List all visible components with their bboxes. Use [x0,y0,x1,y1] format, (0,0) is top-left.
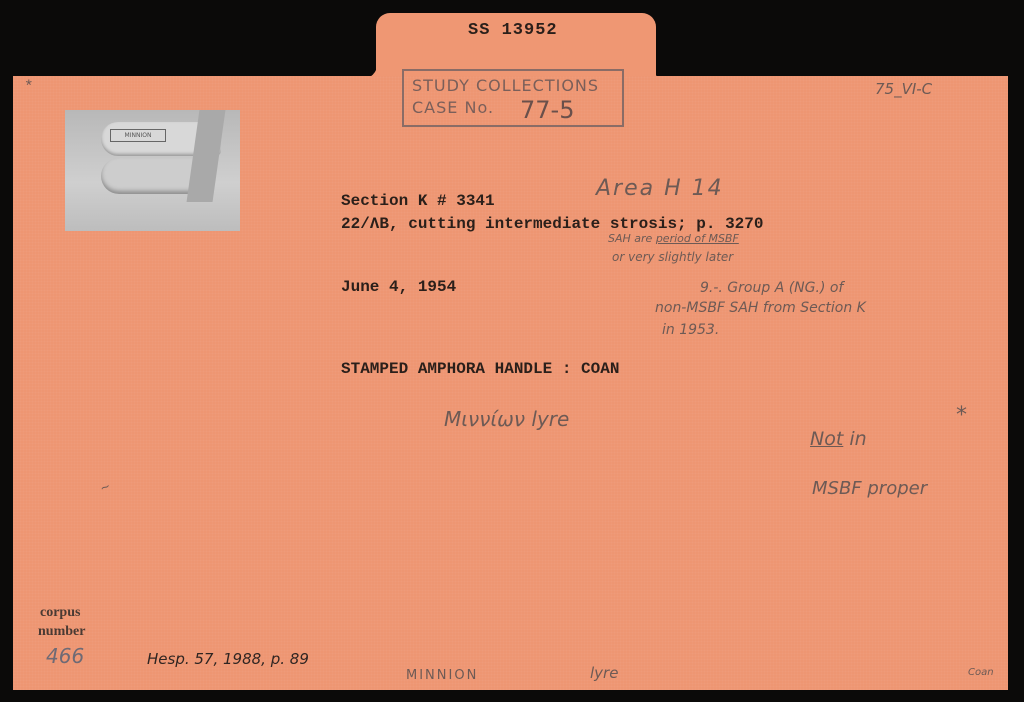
find-context: 22/ΛB, cutting intermediate strosis; p. … [341,215,763,233]
photo-stamp-text: MINNION [110,129,166,142]
object-type: STAMPED AMPHORA HANDLE : COAN [341,360,619,378]
msbf-proper-note: MSBF proper [812,478,927,499]
asterisk-icon: * [24,78,34,96]
group-note-line3: in 1953. [662,322,719,338]
minnion-caps-note: MINNION [406,668,478,683]
date: June 4, 1954 [341,278,456,296]
coan-bottom-note: Coan [968,667,994,678]
corpus-number: 466 [46,644,84,668]
group-note-line2: non-MSBF SAH from Section K [655,300,866,316]
stamp-line-1: STUDY COLLECTIONS [412,76,599,95]
sah-note-line2: or very slightly later [612,250,733,264]
not-in-note: Not in [810,428,867,450]
shelf-mark: 75_VI-C [875,80,932,98]
not-underlined: Not [810,428,843,450]
area-note: Area H 14 [596,176,724,201]
name-lyre-note: Μιννίων lyre [444,407,569,431]
sah-period-note: SAH are period of MSBF [608,232,739,245]
hesperia-reference: Hesp. 57, 1988, p. 89 [147,650,309,668]
catalog-number: SS 13952 [468,21,558,40]
corpus-label-line1: corpus [40,605,80,621]
section-number: Section K # 3341 [341,192,495,210]
lyre-bottom-note: lyre [590,664,618,682]
stamp-line-2: CASE No. [412,98,494,117]
case-number: 77-5 [520,96,574,124]
sah-note-prefix: SAH are [608,232,656,245]
not-in-rest: in [843,428,866,450]
corpus-label-line2: number [38,624,85,640]
amphora-handle-photo: MINNION [65,110,240,231]
sah-note-underlined: period of MSBF [656,232,739,245]
asterisk-icon: * [956,403,967,428]
group-note-line1: 9.-. Group A (NG.) of [700,280,843,296]
